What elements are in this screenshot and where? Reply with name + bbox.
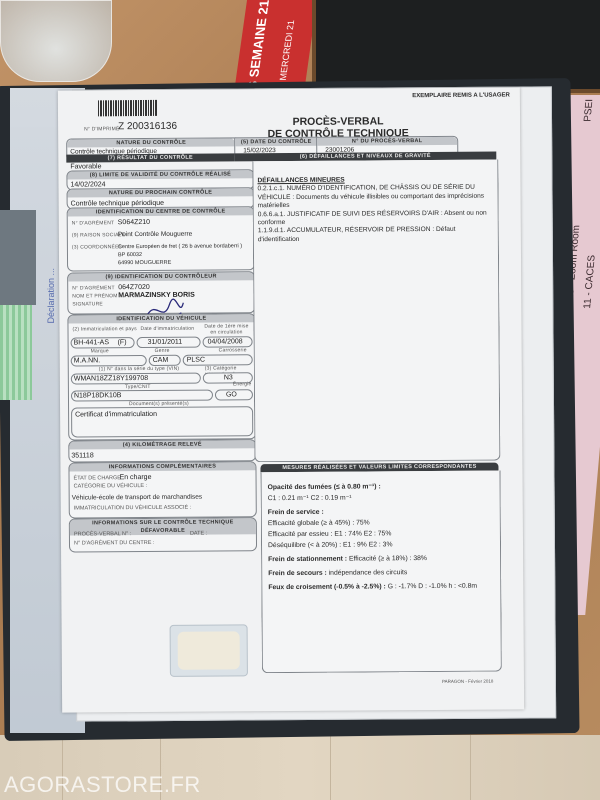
- schedule-row-s11: 11 - CACES: [582, 255, 598, 309]
- measures-box: Opacité des fumées (≤ à 0.80 m⁻¹) : C1 :…: [261, 471, 502, 674]
- centre-agrement-label: N° d'agrément: [72, 220, 115, 226]
- mileage-value: 351118: [71, 452, 93, 459]
- signature-label: Signature: [72, 301, 103, 307]
- unfavorable-box: Informations sur le contrôle technique d…: [69, 517, 257, 552]
- marque-label: Marque: [91, 348, 109, 354]
- first-circ-value: 04/04/2008: [208, 338, 243, 345]
- unfavorable-date-label: DATE :: [190, 531, 207, 537]
- first-circ-field: 04/04/2008: [203, 336, 253, 347]
- docs-value: Certificat d'immatriculation: [75, 411, 157, 419]
- docs-field: Certificat d'immatriculation: [71, 406, 253, 437]
- form-number: Z 200316136: [118, 121, 177, 132]
- energie-field: GO: [215, 389, 253, 400]
- controller-name-label: Nom et prénom: [72, 293, 117, 299]
- date-immat-value: 31/01/2011: [148, 339, 183, 346]
- marque-field: M.A.NN.: [71, 355, 147, 367]
- unfavorable-centre-label: N° D'AGRÉMENT DU CENTRE :: [74, 540, 155, 547]
- centre-raison: Point Contrôle Mouguerre: [118, 231, 192, 239]
- centre-header: Identification du centre de contrôle: [68, 207, 254, 216]
- vehicle-box: Identification du véhicule (2) Immatricu…: [67, 313, 256, 440]
- lights-value: G : -1.7% D : -1.0% h : <0.8m: [388, 583, 477, 591]
- form-number-label: N° d'imprimé: [84, 126, 119, 132]
- categorie-vehicule-label: CATÉGORIE DU VÉHICULE :: [74, 483, 148, 490]
- validity-label: (8) Limite de validité du contrôle réali…: [67, 170, 253, 179]
- vin-label: (1) N° dans la série du type (VIN): [99, 366, 180, 373]
- sleeve-text-2: Déclaration ...: [46, 268, 56, 324]
- security-stamp: [170, 624, 248, 677]
- service-brake-label: Frein de service :: [268, 509, 324, 516]
- carrosserie-value: PLSC: [187, 357, 205, 364]
- unfavorable-pv-label: PROCÈS-VERBAL N° :: [74, 531, 131, 537]
- categorie-vehicule-value: Véhicule-école de transport de marchandi…: [72, 494, 202, 502]
- charge-label: ÉTAT DE CHARGE :: [74, 475, 124, 481]
- type-value: N18P18DK10B: [74, 392, 122, 399]
- controller-agrement: 064Z7020: [118, 284, 150, 291]
- address-line-1: Centre Européen de fret ( 26 b avenue bo…: [118, 242, 242, 251]
- emergency-brake-value: indépendance des circuits: [329, 569, 408, 577]
- schedule-col-psei: PSEI: [582, 99, 595, 122]
- date-immat-label: Date d'immatriculation: [140, 326, 194, 332]
- genre-label: Genre: [155, 348, 170, 354]
- result-label: (7) Résultat du contrôle: [66, 153, 234, 162]
- defect-item: 1.1.9.d.1. ACCUMULATEUR, RÉSERVOIR DE PR…: [258, 226, 492, 244]
- pv-number-label: N° du procès-verbal: [317, 137, 457, 146]
- centre-address: Centre Européen de fret ( 26 b avenue bo…: [118, 242, 242, 267]
- marque-value: M.A.NN.: [74, 357, 101, 364]
- defects-box: DÉFAILLANCES MINEURES 0.2.1.c.1. NUMÉRO …: [252, 160, 500, 463]
- controller-agrement-label: N° d'agrément: [72, 285, 115, 291]
- defect-item: 0.2.1.c.1. NUMÉRO D'IDENTIFICATION, DE C…: [258, 184, 492, 211]
- next-control-label: Nature du prochain contrôle: [68, 188, 254, 197]
- controller-header: (9) Identification du contrôleur: [68, 272, 254, 281]
- vin-value: WMAN18ZZ18Y199708: [74, 375, 148, 383]
- green-striped-cloth: [0, 305, 32, 400]
- address-line-3: 64990 MOUGUERRE: [118, 258, 242, 267]
- energie-value: GO: [226, 391, 237, 398]
- defect-item: 0.6.6.a.1. JUSTIFICATIF DE SUIVI DES RÉS…: [258, 209, 492, 227]
- water-glass: [0, 0, 112, 82]
- carrosserie-field: PLSC: [183, 354, 253, 365]
- immat-label: (2) Immatriculation et pays: [72, 326, 136, 332]
- calendar-day-text: MERCREDI 21: [278, 20, 297, 81]
- parking-brake-label: Frein de stationnement :: [268, 556, 347, 564]
- immat-field: BH-441-AS (F): [71, 337, 135, 348]
- emergency-brake-label: Frein de secours :: [268, 570, 327, 577]
- date-immat-field: 31/01/2011: [137, 337, 201, 348]
- genre-value: CAM: [153, 357, 169, 364]
- opacity-label: Opacité des fumées (≤ à 0.80 m⁻¹) :: [268, 483, 381, 491]
- complementary-header: Informations complémentaires: [69, 462, 255, 471]
- watermark: AGORASTORE.FR: [4, 772, 201, 798]
- categorie-value: N3: [224, 374, 233, 381]
- immat-value: BH-441-AS: [74, 339, 109, 346]
- type-field: N18P18DK10B: [71, 390, 213, 402]
- opacity-values: C1 : 0.21 m⁻¹ C2 : 0.19 m⁻¹: [268, 492, 496, 505]
- vehicle-header: Identification du véhicule: [68, 314, 254, 323]
- genre-field: CAM: [149, 355, 181, 366]
- barcode: [98, 100, 158, 116]
- centre-agrement: S064Z210: [118, 219, 150, 226]
- country-value: (F): [118, 339, 127, 346]
- charge-value: En charge: [120, 474, 152, 481]
- carrosserie-label: Carrosserie: [219, 347, 247, 353]
- parking-brake-value: Efficacité (≥ à 18%) : 38%: [349, 555, 427, 563]
- mileage-box: (4) Kilométrage relevé 351118: [68, 439, 256, 462]
- inspection-report: EXEMPLAIRE REMIS A L'USAGER N° d'imprimé…: [58, 87, 524, 712]
- centre-coord-label: (3) Coordonnées: [72, 244, 122, 250]
- first-circ-label: Date de 1ère mise en circulation: [202, 323, 250, 335]
- date-label: (5) Date du contrôle: [235, 138, 317, 147]
- nature-label: Nature du contrôle: [67, 138, 235, 147]
- complementary-box: Informations complémentaires ÉTAT DE CHA…: [68, 461, 256, 518]
- assoc-label: IMMATRICULATION DU VÉHICULE ASSOCIÉ :: [74, 505, 191, 512]
- lights-label: Feux de croisement (-0.5% à -2.5%) :: [268, 583, 386, 591]
- form-footer: PARAGON - Février 2018: [442, 679, 493, 684]
- centre-box: Identification du centre de contrôle N° …: [67, 206, 255, 271]
- imbalance: Déséquilibre (< à 20%) : E1 : 9% E2 : 3%: [268, 539, 496, 552]
- mileage-header: (4) Kilométrage relevé: [69, 440, 255, 449]
- photo-insert: [0, 210, 36, 305]
- vin-field: WMAN18ZZ18Y199708: [71, 373, 201, 385]
- energie-label: Énergie: [233, 381, 252, 387]
- copy-label: EXEMPLAIRE REMIS A L'USAGER: [412, 92, 510, 99]
